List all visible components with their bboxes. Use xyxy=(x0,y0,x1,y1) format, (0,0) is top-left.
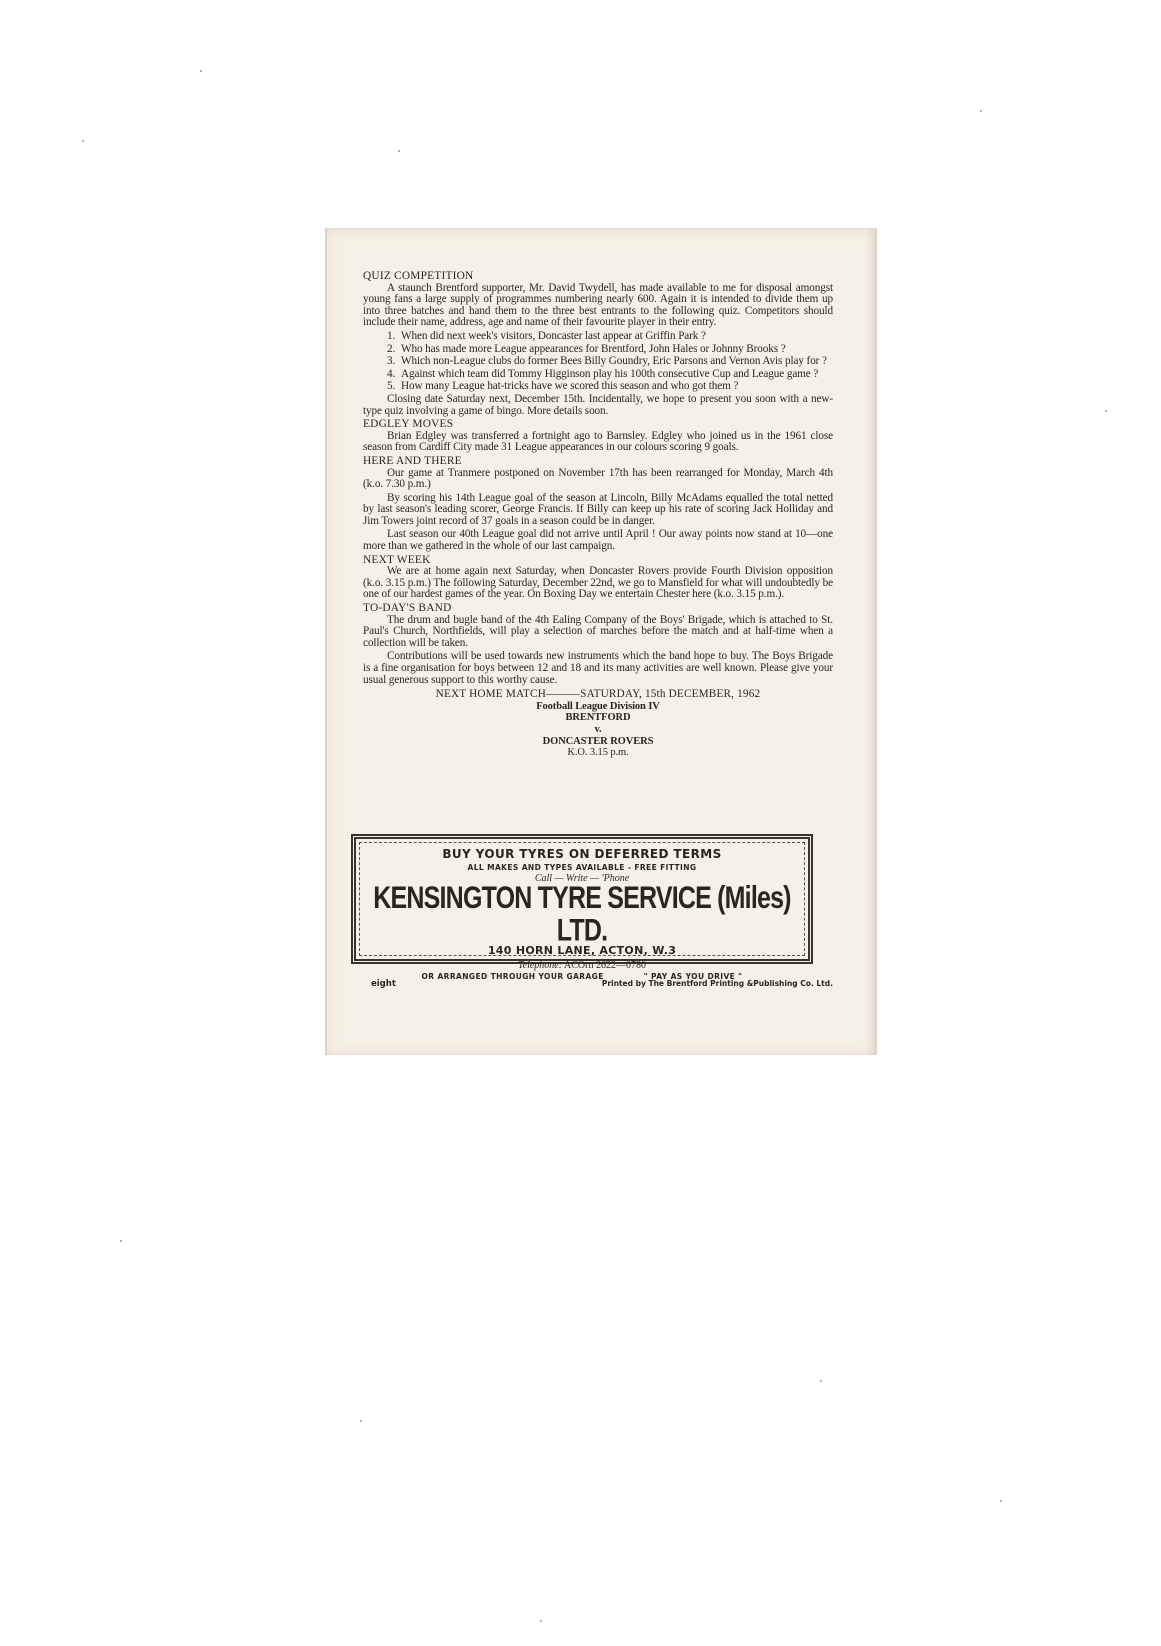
background-speck xyxy=(82,140,84,142)
background-speck xyxy=(1105,410,1107,412)
quiz-question: 1.When did next week's visitors, Doncast… xyxy=(387,331,833,343)
paragraph: Our game at Tranmere postponed on Novemb… xyxy=(363,468,833,491)
advert-company: KENSINGTON TYRE SERVICE (Miles) LTD. xyxy=(356,882,808,947)
section-here-and-there: HERE AND THERE Our game at Tranmere post… xyxy=(363,456,833,553)
next-home-match: NEXT HOME MATCH———SATURDAY, 15th DECEMBE… xyxy=(363,689,833,759)
tyre-advert: BUY YOUR TYRES ON DEFERRED TERMS ALL MAK… xyxy=(351,834,813,964)
article-body: QUIZ COMPETITION A staunch Brentford sup… xyxy=(363,269,833,759)
kickoff-time: K.O. 3.15 p.m. xyxy=(363,747,833,759)
section-heading: HERE AND THERE xyxy=(363,456,833,468)
section-heading: EDGLEY MOVES xyxy=(363,419,833,431)
section-edgley-moves: EDGLEY MOVES Brian Edgley was transferre… xyxy=(363,419,833,454)
page-footer: eight Printed by The Brentford Printing … xyxy=(371,979,833,989)
quiz-question: 2.Who has made more League appearances f… xyxy=(387,344,833,356)
advert-subline: ALL MAKES AND TYPES AVAILABLE - FREE FIT… xyxy=(356,863,808,872)
background-speck xyxy=(540,1620,542,1622)
quiz-questions: 1.When did next week's visitors, Doncast… xyxy=(363,331,833,393)
competition: Football League Division IV xyxy=(363,701,833,713)
telephone-number: ACOrn 2622—0780 xyxy=(564,960,646,971)
background-speck xyxy=(1000,1500,1002,1502)
background-speck xyxy=(360,1420,362,1422)
programme-page: QUIZ COMPETITION A staunch Brentford sup… xyxy=(325,228,877,1055)
paragraph: Last season our 40th League goal did not… xyxy=(363,529,833,552)
background-speck xyxy=(398,150,400,152)
quiz-question: 4.Against which team did Tommy Higginson… xyxy=(387,369,833,381)
background-speck xyxy=(120,1240,122,1242)
paragraph: Contributions will be used towards new i… xyxy=(363,651,833,686)
section-todays-band: TO-DAY'S BAND The drum and bugle band of… xyxy=(363,603,833,686)
next-match-date: NEXT HOME MATCH———SATURDAY, 15th DECEMBE… xyxy=(363,689,833,701)
advert-headline: BUY YOUR TYRES ON DEFERRED TERMS xyxy=(356,847,808,861)
page-number: eight xyxy=(371,979,396,989)
paragraph: The drum and bugle band of the 4th Ealin… xyxy=(363,615,833,650)
versus: v. xyxy=(363,724,833,736)
section-heading: TO-DAY'S BAND xyxy=(363,603,833,615)
home-team: BRENTFORD xyxy=(363,712,833,724)
telephone-label: Telephone: xyxy=(518,960,562,971)
background-speck xyxy=(200,70,202,72)
paragraph: We are at home again next Saturday, when… xyxy=(363,566,833,601)
background-speck xyxy=(820,1380,822,1382)
quiz-closing: Closing date Saturday next, December 15t… xyxy=(363,394,833,417)
quiz-question: 5.How many League hat-tricks have we sco… xyxy=(387,381,833,393)
paragraph: By scoring his 14th League goal of the s… xyxy=(363,493,833,528)
printer-credit: Printed by The Brentford Printing &Publi… xyxy=(602,979,833,989)
section-quiz: QUIZ COMPETITION A staunch Brentford sup… xyxy=(363,271,833,417)
paragraph: A staunch Brentford supporter, Mr. David… xyxy=(363,283,833,329)
paragraph: Brian Edgley was transferred a fortnight… xyxy=(363,431,833,454)
away-team: DONCASTER ROVERS xyxy=(363,736,833,748)
section-next-week: NEXT WEEK We are at home again next Satu… xyxy=(363,555,833,601)
advert-telephone: Telephone: ACOrn 2622—0780 xyxy=(356,960,808,971)
background-speck xyxy=(980,110,982,112)
quiz-question: 3.Which non-League clubs do former Bees … xyxy=(387,356,833,368)
section-heading: QUIZ COMPETITION xyxy=(363,271,833,283)
